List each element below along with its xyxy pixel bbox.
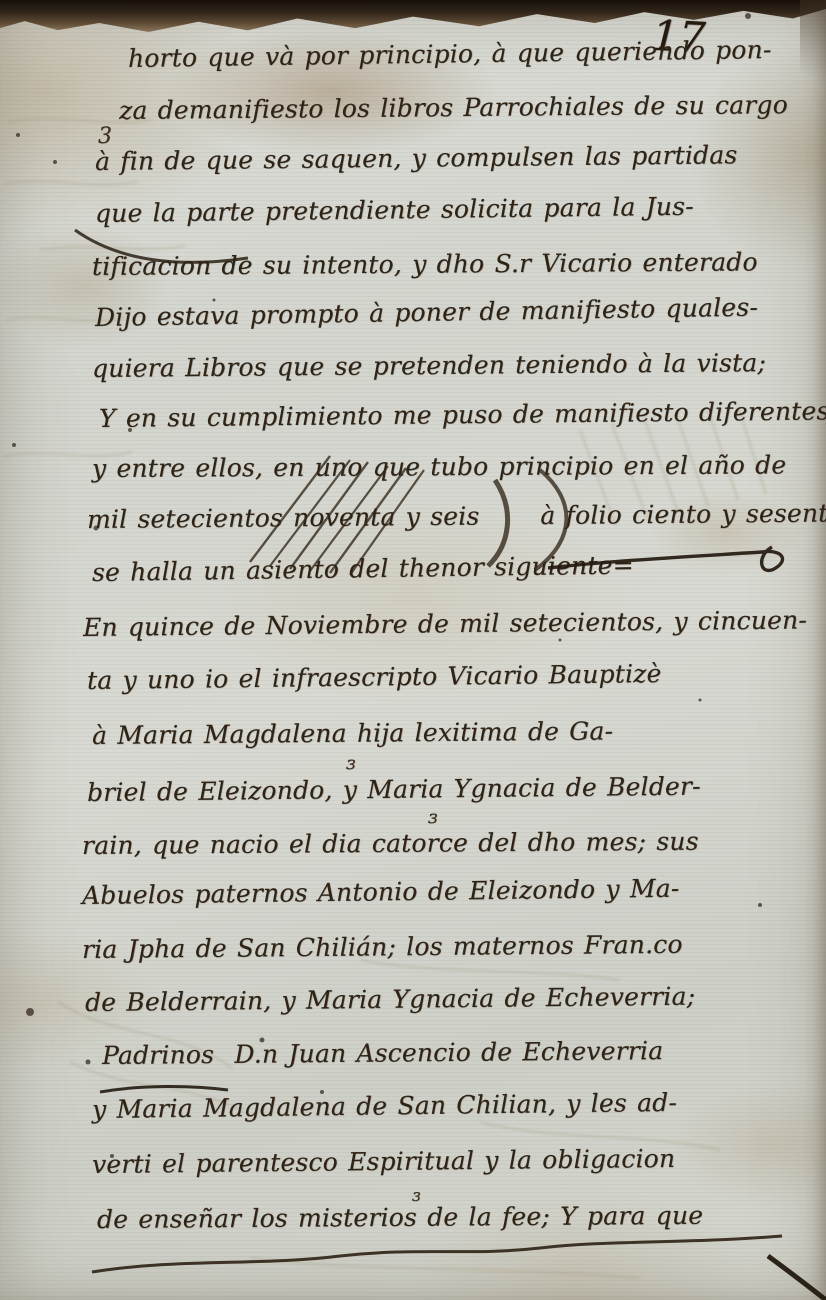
manuscript-line: En quince de Noviembre de mil seteciento… — [83, 605, 807, 642]
manuscript-line: à Maria Magdalena hija lexitima de Ga- — [92, 716, 613, 750]
manuscript-line: y entre ellos, en uno que tubo principio… — [92, 450, 786, 483]
manuscript-line: tificacion de su intento, y dho S.r Vica… — [92, 247, 758, 281]
page-corner-shadow — [800, 0, 826, 110]
insertion-mark: ɜ — [346, 752, 356, 774]
manuscript-line: que la parte pretendiente solicita para … — [95, 192, 694, 228]
insertion-mark: ɜ — [428, 806, 438, 828]
insertion-mark: ɜ — [412, 1186, 421, 1206]
manuscript-line: de Belderrain, y Maria Ygnacia de Echeve… — [85, 982, 696, 1017]
manuscript-line: ria Jpha de San Chilián; los maternos Fr… — [82, 930, 683, 964]
manuscript-line: horto que và por principio, à que querie… — [128, 35, 772, 73]
manuscript-line: za demanifiesto los libros Parrochiales … — [119, 90, 788, 125]
closing-rule-flourish — [92, 1236, 782, 1272]
manuscript-line: Abuelos paternos Antonio de Eleizondo y … — [82, 874, 680, 910]
manuscript-page: 17 horto que và por principio, à que que… — [0, 0, 826, 1300]
manuscript-line: y Maria Magdalena de San Chilian, y les … — [92, 1088, 677, 1124]
manuscript-line: Y en su cumplimiento me puso de manifies… — [99, 396, 826, 433]
manuscript-line: mil setecientos noventa y seis à folio c… — [87, 498, 826, 534]
manuscript-line: verti el parentesco Espiritual y la obli… — [92, 1144, 676, 1179]
manuscript-line: quiera Libros que se pretenden teniendo … — [92, 348, 766, 383]
manuscript-line: à fin de que se saquen, y compulsen las … — [95, 140, 738, 176]
corner-pen-stroke — [768, 1256, 826, 1300]
manuscript-line: Dijo estava prompto à poner de manifiest… — [95, 293, 758, 332]
manuscript-line: rain, que nacio el dia catorce del dho m… — [82, 827, 699, 860]
padrinos-underline — [100, 1086, 228, 1092]
manuscript-line: ta y uno io el infraescripto Vicario Bau… — [87, 659, 662, 695]
manuscript-line: se halla un asiento del thenor siguiente… — [92, 550, 634, 587]
manuscript-line: briel de Eleizondo, y Maria Ygnacia de B… — [87, 772, 701, 807]
manuscript-line: de enseñar los misterios de la fee; Y pa… — [97, 1201, 703, 1234]
manuscript-line: Padrinos D.n Juan Ascencio de Echeverria — [102, 1036, 663, 1070]
margin-numeral: 3 — [98, 124, 112, 149]
